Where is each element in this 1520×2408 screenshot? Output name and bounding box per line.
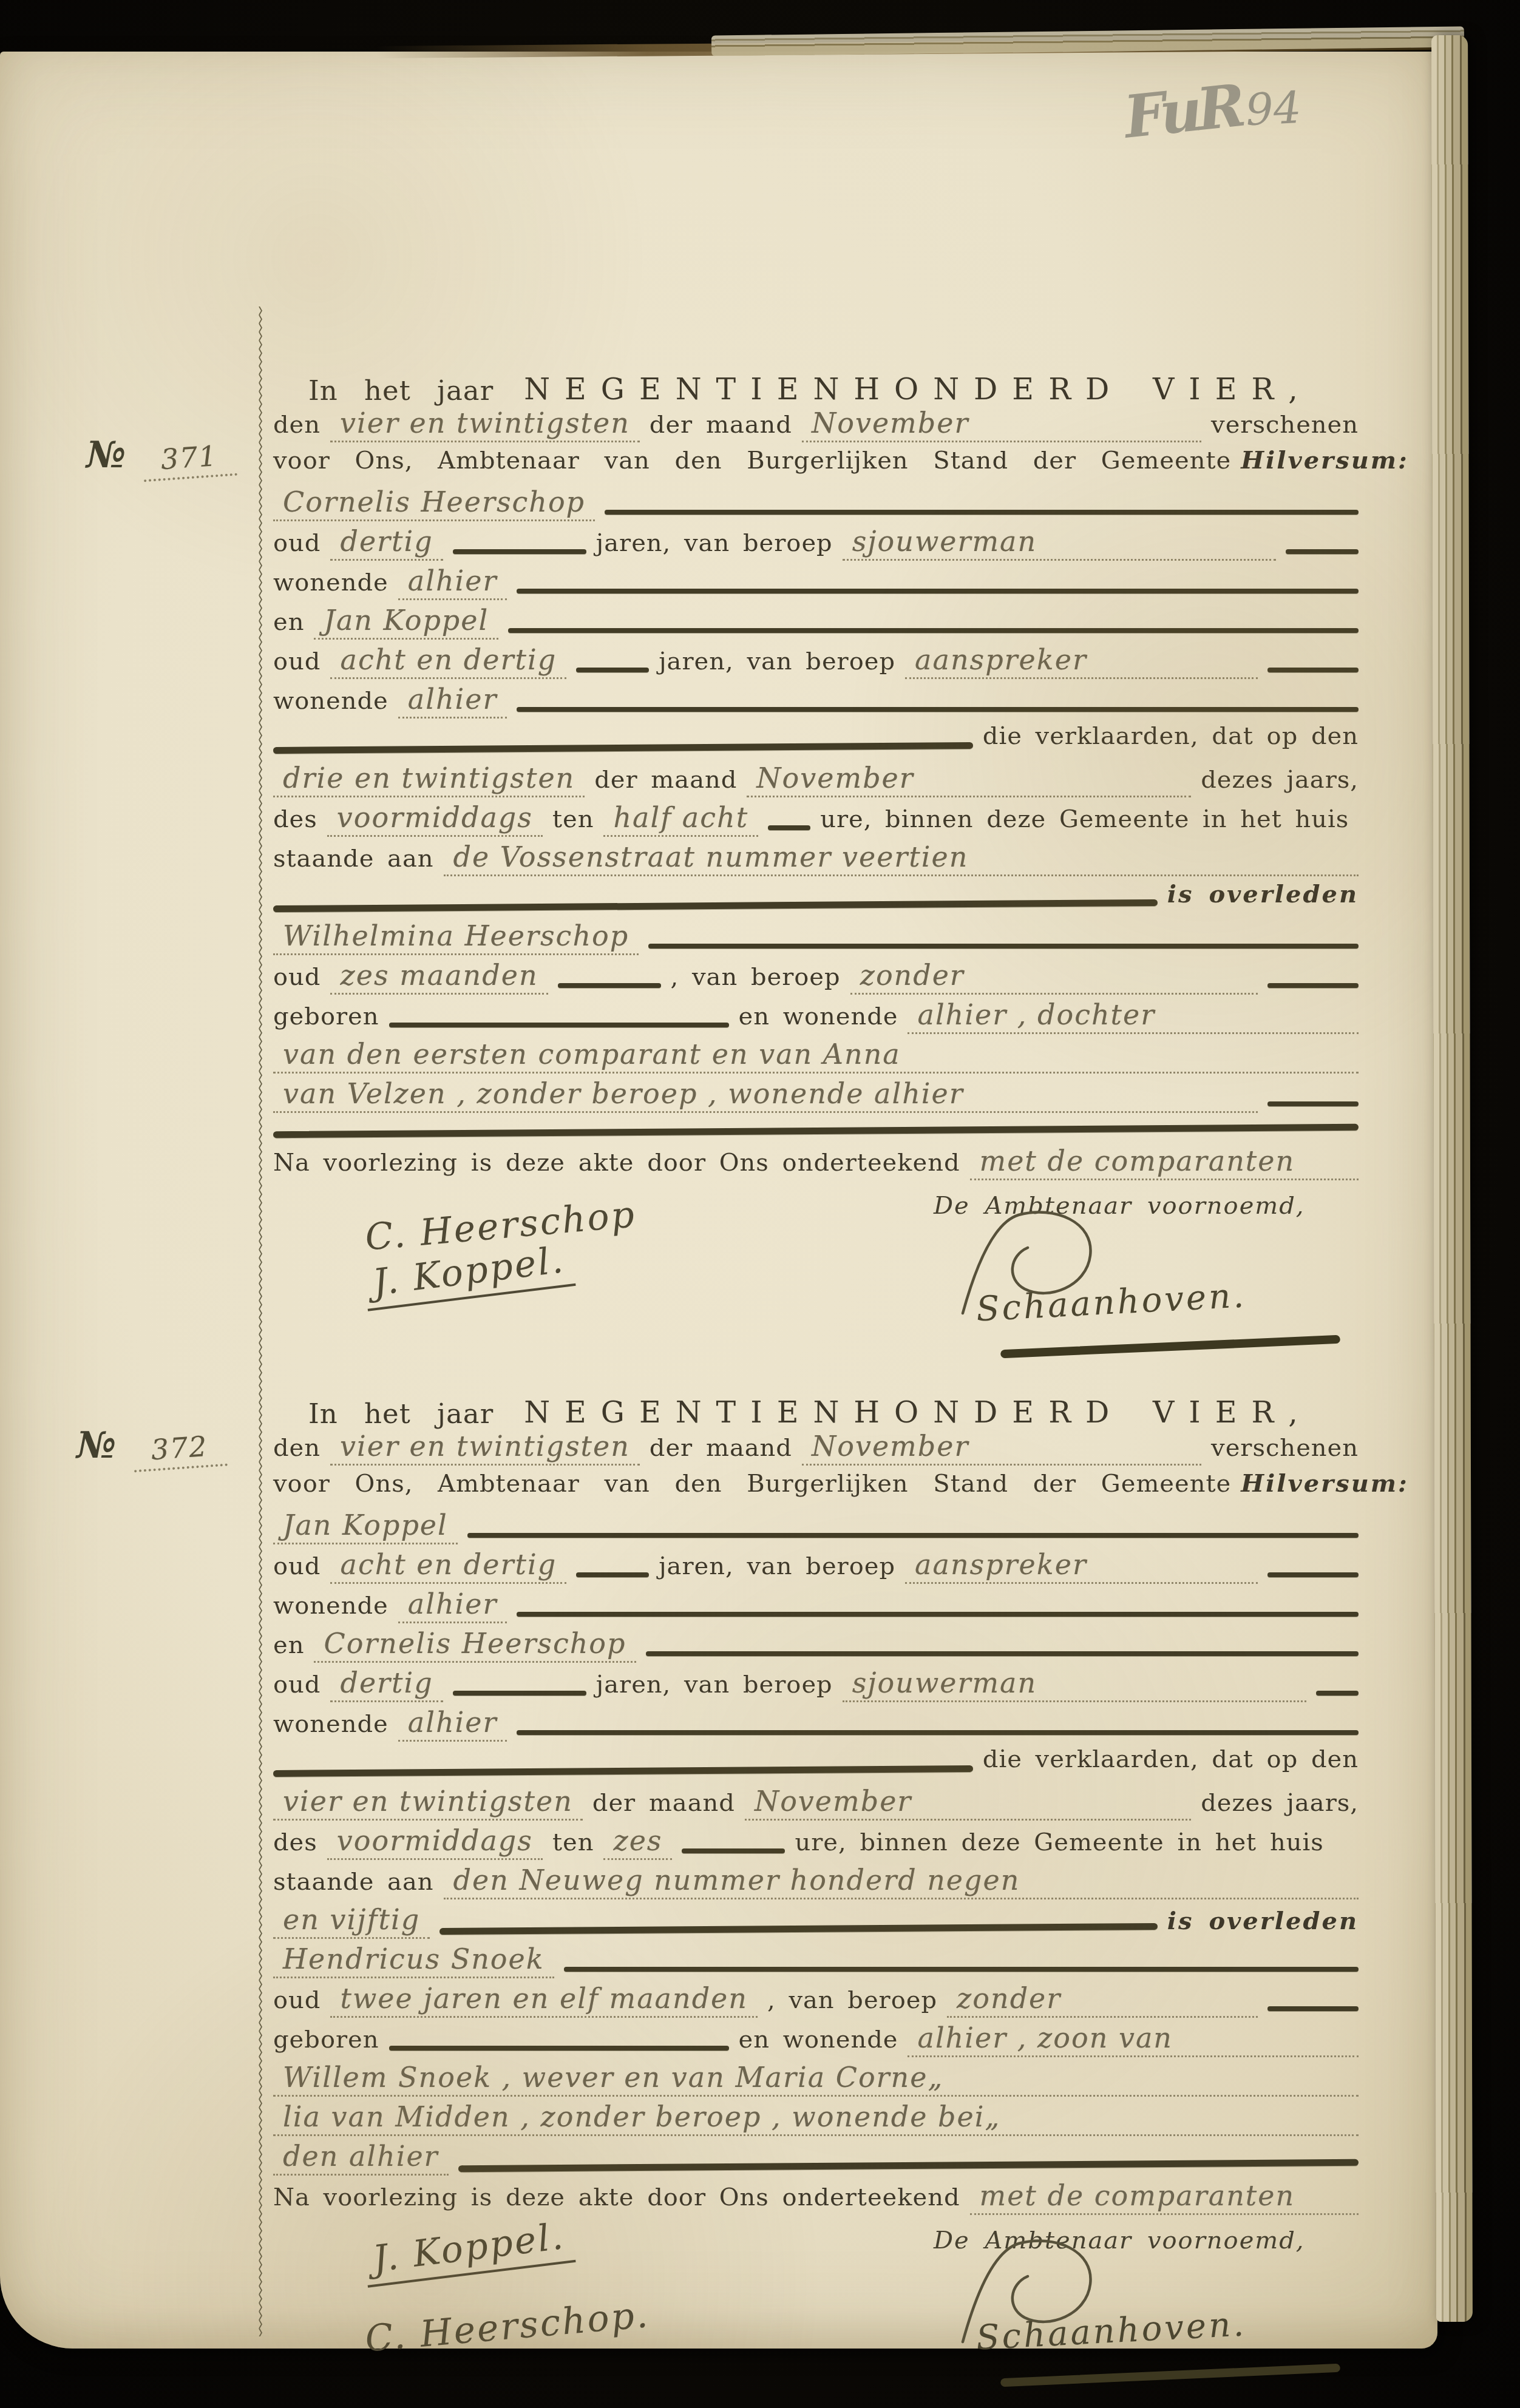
declarant2-name-line: en Jan Koppel — [273, 604, 1359, 643]
deceased-name-line: Hendricus Snoek — [273, 1943, 1359, 1982]
field-declarant1-name: Cornelis Heerschop — [273, 485, 595, 521]
intro-text: In het jaar — [308, 1398, 494, 1430]
ink-stroke — [273, 1765, 973, 1777]
act-number-371: № 371 — [86, 434, 236, 479]
field-declarant2-residence: alhier — [398, 1706, 507, 1742]
declarant-signatures: J. Koppel. C. Heerschop. — [364, 2227, 934, 2379]
death-date-line: vier en twintigsten der maand November d… — [273, 1785, 1359, 1824]
label-jaren-beroep: jaren, van beroep — [659, 648, 895, 675]
ink-stroke — [517, 589, 1359, 594]
field-declarant2-occupation: sjouwerman — [843, 1666, 1306, 1702]
field-residence-relation: alhier , dochter — [908, 998, 1359, 1034]
death-record-371: In het jaar NEGENTIENHONDERD VIER, den v… — [273, 353, 1359, 1351]
ink-stroke — [273, 742, 973, 754]
registrar-signature: Schaanhoven. — [934, 1236, 1346, 1351]
intro-text: In het jaar — [308, 374, 494, 407]
label-dezes-jaars: dezes jaars, — [1201, 1789, 1359, 1817]
declarant-signatures: C. Heerschop J. Koppel. — [364, 1192, 934, 1351]
register-scan: FuR 94 № 371 № 372 In het jaar NEGENTIEN… — [0, 0, 1520, 2408]
declarant1-age-line: oud acht en dertig jaren, van beroep aan… — [273, 1548, 1359, 1588]
field-residence-relation: alhier , zoon van — [908, 2021, 1359, 2057]
label-en-wonende: en wonende — [739, 1003, 898, 1030]
page-stack-top-edge — [711, 26, 1464, 56]
appearance-date-line: den vier en twintigsten der maand Novemb… — [273, 1430, 1359, 1469]
signature-block-372: J. Koppel. C. Heerschop. De Ambtenaar vo… — [273, 2227, 1359, 2379]
label-oud: oud — [273, 963, 321, 991]
label-wonende: wonende — [273, 1710, 388, 1738]
label-na-voorlezing: Na voorlezing is deze akte door Ons onde… — [273, 2183, 960, 2211]
page-number: 94 — [1244, 82, 1303, 136]
born-residence-line: geboren en wonende alhier , zoon van — [273, 2021, 1359, 2061]
year-text: NEGENTIENHONDERD VIER, — [524, 1395, 1312, 1430]
field-declarant1-occupation: sjouwerman — [843, 525, 1276, 561]
field-closing: met de comparanten — [970, 1145, 1359, 1180]
label-der-maand: der maand — [650, 411, 792, 439]
registrar-line: voor Ons, Ambtenaar van den Burgerlijken… — [273, 1469, 1359, 1509]
label-gemeente: Hilversum: — [1241, 1469, 1409, 1498]
ink-stroke — [576, 1572, 649, 1577]
label-en: en — [273, 1631, 304, 1659]
declarant1-name-line: Jan Koppel — [273, 1509, 1359, 1548]
declaration-line: die verklaarden, dat op den — [273, 722, 1359, 762]
field-death-day: drie en twintigsten — [273, 762, 585, 797]
act-number-value: 372 — [132, 1429, 228, 1473]
family-line-3: den alhier — [273, 2140, 1359, 2179]
ink-stroke — [517, 1612, 1359, 1617]
field-family-2: van Velzen , zonder beroep , wonende alh… — [273, 1077, 1258, 1113]
field-declarant1-name: Jan Koppel — [273, 1509, 458, 1544]
label-staande-aan: staande aan — [273, 1868, 434, 1896]
field-declarant2-name: Jan Koppel — [314, 604, 498, 640]
label-jaren-beroep: jaren, van beroep — [659, 1552, 895, 1580]
field-death-month: November — [745, 1785, 1191, 1821]
field-family-1: Willem Snoek , wever en van Maria Corne„ — [273, 2061, 1359, 2097]
field-declarant1-age: acht en dertig — [330, 1548, 566, 1584]
declarant-signature: C. Heerschop. — [364, 2268, 935, 2360]
ink-stroke — [439, 1923, 1158, 1935]
ink-stroke — [1000, 1335, 1340, 1358]
ink-stroke — [517, 1730, 1359, 1735]
label-verschenen: verschenen — [1211, 411, 1359, 439]
field-declarant2-age: dertig — [330, 1666, 443, 1702]
ink-stroke — [453, 549, 586, 554]
field-daypart: voormiddags — [327, 801, 543, 837]
label-geboren: geboren — [273, 2026, 379, 2054]
field-declarant1-residence: alhier — [398, 1588, 507, 1623]
ink-stroke — [273, 899, 1158, 912]
label-oud: oud — [273, 529, 321, 557]
field-death-month: November — [747, 762, 1191, 797]
ink-stroke — [1267, 983, 1359, 988]
declarant-signature: C. Heerschop — [364, 1167, 935, 1259]
book-page-stack-edge — [1431, 35, 1473, 2322]
ink-stroke — [1267, 2006, 1359, 2011]
label-wonende: wonende — [273, 687, 388, 715]
label-voor-ons: voor Ons, Ambtenaar van den Burgerlijken… — [273, 1470, 1231, 1498]
declarant2-age-line: oud acht en dertig jaren, van beroep aan… — [273, 643, 1359, 683]
label-jaren-beroep: jaren, van beroep — [596, 1671, 833, 1699]
closing-line: Na voorlezing is deze akte door Ons onde… — [273, 2179, 1359, 2214]
label-en: en — [273, 608, 304, 636]
field-deceased-age: zes maanden — [330, 959, 548, 995]
registrar-signature-area: De Ambtenaar voornoemd, Schaanhoven. — [934, 1192, 1346, 1351]
field-deceased-name: Wilhelmina Heerschop — [273, 919, 639, 955]
family-line-2: lia van Midden , zonder beroep , wonende… — [273, 2100, 1359, 2140]
ink-stroke — [646, 1651, 1359, 1656]
label-gemeente: Hilversum: — [1241, 446, 1409, 475]
label-na-voorlezing: Na voorlezing is deze akte door Ons onde… — [273, 1149, 960, 1177]
declarant2-name-line: en Cornelis Heerschop — [273, 1627, 1359, 1666]
family-line-1: Willem Snoek , wever en van Maria Corne„ — [273, 2061, 1359, 2100]
ink-stroke — [1000, 2364, 1340, 2387]
label-is-overleden: is overleden — [1167, 880, 1359, 908]
ink-stroke — [453, 1691, 586, 1696]
label-verschenen: verschenen — [1211, 1434, 1359, 1462]
field-appearance-month: November — [802, 407, 1201, 442]
ink-stroke — [1267, 1101, 1359, 1106]
label-ten: ten — [552, 805, 594, 833]
field-closing: met de comparanten — [970, 2179, 1359, 2215]
death-address-line: staande aan den Neuweg nummer honderd ne… — [273, 1864, 1359, 1903]
ink-stroke — [389, 1023, 729, 1027]
is-overleden-line: en vijftig is overleden — [273, 1903, 1359, 1943]
ink-stroke — [508, 628, 1359, 633]
label-oud: oud — [273, 1671, 321, 1699]
label-dezes-jaars: dezes jaars, — [1201, 766, 1359, 794]
ink-stroke — [273, 1124, 1359, 1138]
field-appearance-day: vier en twintigsten — [330, 407, 640, 442]
label-ure-binnen: ure, binnen deze Gemeente in het huis — [820, 805, 1349, 833]
label-is-overleden: is overleden — [1167, 1907, 1359, 1935]
field-death-hour: zes — [603, 1824, 672, 1860]
field-daypart: voormiddags — [327, 1824, 543, 1860]
label-des: des — [273, 805, 317, 833]
declarant1-residence-line: wonende alhier — [273, 564, 1359, 604]
is-overleden-line: is overleden — [273, 880, 1359, 919]
deceased-age-line: oud zes maanden , van beroep zonder — [273, 959, 1359, 998]
family-line-1: van den eersten comparant en van Anna — [273, 1038, 1359, 1077]
field-death-address: den Neuweg nummer honderd negen — [444, 1864, 1359, 1899]
death-time-line: des voormiddags ten half acht ure, binne… — [273, 801, 1359, 840]
ink-stroke — [576, 668, 649, 672]
label-der-maand: der maand — [594, 766, 737, 794]
ink-stroke — [768, 825, 810, 830]
ink-stroke — [682, 1848, 785, 1853]
declarant2-residence-line: wonende alhier — [273, 683, 1359, 722]
deceased-name-line: Wilhelmina Heerschop — [273, 919, 1359, 959]
declaration-line: die verklaarden, dat op den — [273, 1745, 1359, 1785]
label-den: den — [273, 1434, 321, 1462]
field-appearance-day: vier en twintigsten — [330, 1430, 640, 1466]
declarant1-age-line: oud dertig jaren, van beroep sjouwerman — [273, 525, 1359, 564]
field-address-overflow: en vijftig — [273, 1903, 430, 1939]
death-time-line: des voormiddags ten zes ure, binnen deze… — [273, 1824, 1359, 1864]
field-deceased-occupation: zonder — [850, 959, 1258, 995]
field-declarant1-residence: alhier — [398, 564, 507, 600]
death-record-372: In het jaar NEGENTIENHONDERD VIER, den v… — [273, 1376, 1359, 2379]
label-des: des — [273, 1828, 317, 1856]
ink-stroke — [1316, 1691, 1359, 1696]
label-wonende: wonende — [273, 569, 388, 597]
label-jaren-beroep: jaren, van beroep — [596, 529, 833, 557]
death-address-line: staande aan de Vossenstraat nummer veert… — [273, 840, 1359, 880]
label-wonende: wonende — [273, 1592, 388, 1620]
label-en-wonende: en wonende — [739, 2026, 898, 2054]
declarant2-residence-line: wonende alhier — [273, 1706, 1359, 1745]
registrar-signature-area: De Ambtenaar voornoemd, Schaanhoven. — [934, 2227, 1346, 2379]
appearance-date-line: den vier en twintigsten der maand Novemb… — [273, 407, 1359, 446]
field-deceased-age: twee jaren en elf maanden — [330, 1982, 758, 2018]
declarant1-residence-line: wonende alhier — [273, 1588, 1359, 1627]
label-oud: oud — [273, 1552, 321, 1580]
field-declarant2-occupation: aanspreker — [905, 643, 1258, 679]
label-ure-binnen: ure, binnen deze Gemeente in het huis — [795, 1828, 1323, 1856]
intro-line: In het jaar NEGENTIENHONDERD VIER, — [273, 1376, 1359, 1430]
label-oud: oud — [273, 648, 321, 675]
closing-line: Na voorlezing is deze akte door Ons onde… — [273, 1145, 1359, 1180]
field-declarant1-occupation: aanspreker — [905, 1548, 1258, 1584]
label-die-verklaarden: die verklaarden, dat op den — [983, 722, 1359, 750]
field-declarant1-age: dertig — [330, 525, 443, 561]
field-death-hour: half acht — [603, 801, 758, 837]
field-declarant2-name: Cornelis Heerschop — [314, 1627, 636, 1663]
ink-stroke — [1267, 668, 1359, 672]
registrar-signature: Schaanhoven. — [934, 2264, 1346, 2379]
ink-stroke — [458, 2159, 1359, 2172]
family-line-2: van Velzen , zonder beroep , wonende alh… — [273, 1077, 1359, 1117]
intro-line: In het jaar NEGENTIENHONDERD VIER, — [273, 353, 1359, 407]
ink-stroke — [1267, 1572, 1359, 1577]
label-die-verklaarden: die verklaarden, dat op den — [983, 1745, 1359, 1773]
numero-sign: № — [76, 1424, 117, 1467]
label-oud: oud — [273, 1986, 321, 2014]
field-death-address: de Vossenstraat nummer veertien — [444, 840, 1359, 876]
book-page: FuR 94 № 371 № 372 In het jaar NEGENTIEN… — [0, 52, 1437, 2349]
field-deceased-occupation: zonder — [947, 1982, 1258, 2018]
field-family-3: den alhier — [273, 2140, 449, 2176]
label-der-maand: der maand — [592, 1789, 735, 1817]
ink-stroke — [605, 510, 1359, 515]
born-residence-line: geboren en wonende alhier , dochter — [273, 998, 1359, 1038]
label-van-beroep: , van beroep — [767, 1986, 937, 2014]
ink-stroke — [517, 707, 1359, 712]
zigzag-column-divider — [257, 306, 263, 2336]
label-der-maand: der maand — [650, 1434, 792, 1462]
death-date-line: drie en twintigsten der maand November d… — [273, 762, 1359, 801]
field-family-2: lia van Midden , zonder beroep , wonende… — [273, 2100, 1359, 2136]
field-deceased-name: Hendricus Snoek — [273, 1943, 554, 1978]
ink-stroke — [389, 2046, 729, 2051]
numero-sign: № — [86, 434, 127, 476]
declarant1-name-line: Cornelis Heerschop — [273, 485, 1359, 525]
ink-stroke — [558, 983, 661, 988]
label-staande-aan: staande aan — [273, 845, 434, 873]
registrar-line: voor Ons, Ambtenaar van den Burgerlijken… — [273, 446, 1359, 485]
label-den: den — [273, 411, 321, 439]
ink-stroke — [564, 1967, 1359, 1972]
field-death-day: vier en twintigsten — [273, 1785, 583, 1821]
act-number-value: 371 — [141, 438, 237, 482]
field-family-1: van den eersten comparant en van Anna — [273, 1038, 1359, 1074]
declarant2-age-line: oud dertig jaren, van beroep sjouwerman — [273, 1666, 1359, 1706]
ink-stroke — [1286, 549, 1359, 554]
signature-block-371: C. Heerschop J. Koppel. De Ambtenaar voo… — [273, 1192, 1359, 1351]
deceased-age-line: oud twee jaren en elf maanden , van bero… — [273, 1982, 1359, 2021]
act-number-372: № 372 — [76, 1424, 226, 1469]
filler-line — [273, 1117, 1359, 1145]
label-geboren: geboren — [273, 1003, 379, 1030]
label-ten: ten — [552, 1828, 594, 1856]
label-voor-ons: voor Ons, Ambtenaar van den Burgerlijken… — [273, 447, 1231, 475]
ink-stroke — [467, 1533, 1359, 1538]
archival-paraph-mark: FuR — [1121, 71, 1244, 151]
field-appearance-month: November — [802, 1430, 1201, 1466]
field-declarant2-age: acht en dertig — [330, 643, 566, 679]
declarant-signature: J. Koppel. — [362, 2214, 576, 2288]
label-van-beroep: , van beroep — [671, 963, 841, 991]
ink-stroke — [648, 944, 1359, 949]
field-declarant2-residence: alhier — [398, 683, 507, 719]
year-text: NEGENTIENHONDERD VIER, — [524, 372, 1312, 407]
